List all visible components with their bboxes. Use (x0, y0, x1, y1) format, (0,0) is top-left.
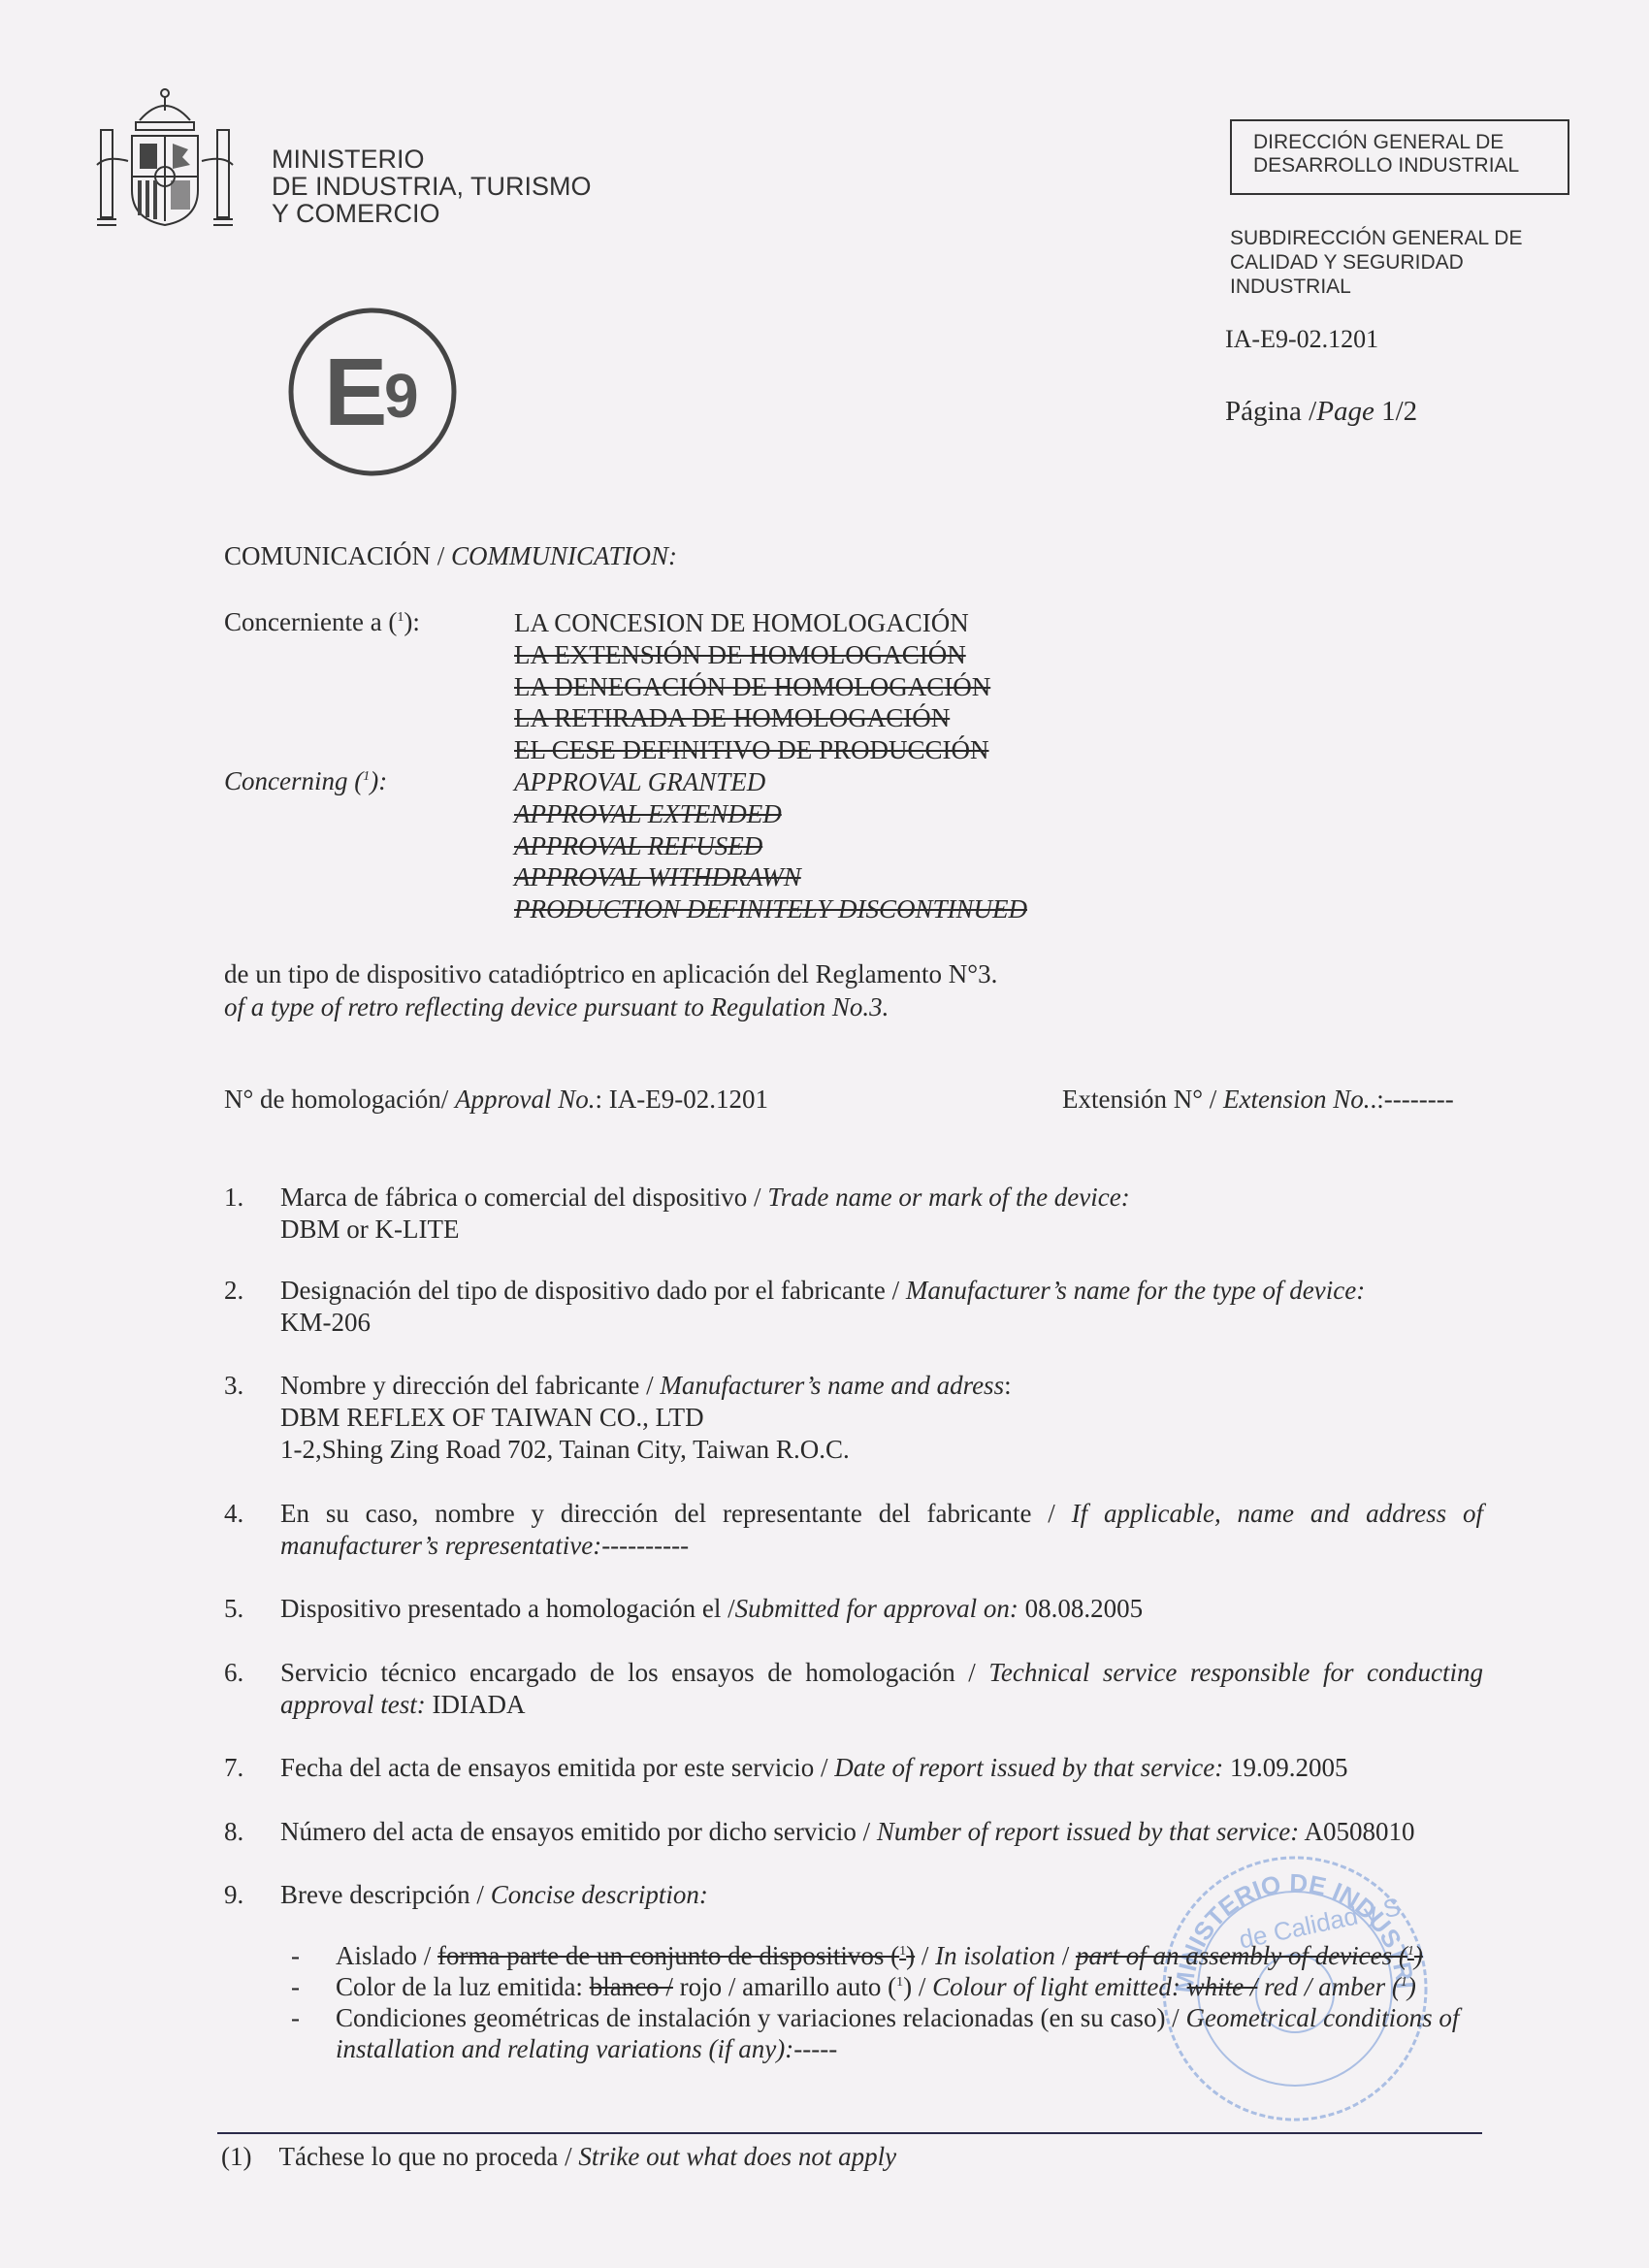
spain-coat-of-arms-icon (93, 83, 237, 235)
item-value: KM-206 (280, 1308, 371, 1337)
direction-general-box: DIRECCIÓN GENERAL DE DESARROLLO INDUSTRI… (1230, 119, 1569, 195)
communication-title: COMUNICACIÓN / COMMUNICATION: (224, 541, 677, 571)
concerning-option: PRODUCTION DEFINITELY DISCONTINUED (514, 893, 1027, 925)
footnote: (1)Táchese lo que no proceda / Strike ou… (221, 2142, 896, 2172)
isolation-line: -Aislado / forma parte de un conjunto de… (291, 1940, 1513, 1971)
extension-number: Extensión N° / Extension No..:-------- (1062, 1085, 1454, 1115)
colour-line: -Color de la luz emitida: blanco / rojo … (291, 1971, 1513, 2002)
concerning-option: LA EXTENSIÓN DE HOMOLOGACIÓN (514, 639, 1027, 671)
item-1: 1. Marca de fábrica o comercial del disp… (224, 1182, 1483, 1246)
item-7: 7. Fecha del acta de ensayos emitida por… (224, 1752, 1483, 1784)
item-8: 8. Número del acta de ensayos emitido po… (224, 1816, 1483, 1848)
concerning-option: APPROVAL EXTENDED (514, 798, 1027, 830)
geometry-line: -Condiciones geométricas de instalación … (291, 2002, 1513, 2064)
ministry-name: MINISTERIO DE INDUSTRIA, TURISMO Y COMER… (272, 146, 592, 227)
item-2: 2. Designación del tipo de dispositivo d… (224, 1275, 1483, 1339)
svg-text:E: E (324, 339, 387, 445)
concerning-option: LA DENEGACIÓN DE HOMOLOGACIÓN (514, 671, 1027, 703)
concerning-label-es: Concerniente a (1): (224, 607, 420, 637)
item-value: 1-2,Shing Zing Road 702, Tainan City, Ta… (280, 1435, 850, 1464)
subdirection: SUBDIRECCIÓN GENERAL DE CALIDAD Y SEGURI… (1230, 226, 1522, 299)
concerning-option: APPROVAL WITHDRAWN (514, 861, 1027, 893)
reference-number: IA-E9-02.1201 (1225, 325, 1378, 354)
device-intro: de un tipo de dispositivo catadióptrico … (224, 957, 997, 1023)
item-value: DBM or K-LITE (280, 1215, 459, 1244)
item-6: 6. Servicio técnico encargado de los ens… (224, 1657, 1483, 1721)
concerning-option: LA CONCESION DE HOMOLOGACIÓN (514, 607, 1027, 639)
concerning-options: LA CONCESION DE HOMOLOGACIÓNLA EXTENSIÓN… (514, 607, 1027, 925)
item-value: DBM REFLEX OF TAIWAN CO., LTD (280, 1403, 704, 1432)
e9-approval-mark-icon: E 9 (287, 307, 458, 477)
approval-number: N° de homologación/ Approval No.: IA-E9-… (224, 1085, 768, 1115)
concerning-option: APPROVAL REFUSED (514, 830, 1027, 862)
svg-text:9: 9 (384, 361, 419, 431)
page-indicator: Página /Page 1/2 (1225, 396, 1417, 428)
concerning-option: LA RETIRADA DE HOMOLOGACIÓN (514, 702, 1027, 734)
footnote-divider (217, 2132, 1482, 2134)
item-4: 4. En su caso, nombre y dirección del re… (224, 1498, 1483, 1562)
item-5: 5. Dispositivo presentado a homologación… (224, 1593, 1483, 1625)
item-3: 3. Nombre y dirección del fabricante / M… (224, 1370, 1483, 1466)
concerning-option: EL CESE DEFINITIVO DE PRODUCCIÓN (514, 734, 1027, 766)
concerning-option: APPROVAL GRANTED (514, 766, 1027, 798)
concerning-label-en: Concerning (1): (224, 766, 387, 796)
concise-description: -Aislado / forma parte de un conjunto de… (291, 1940, 1513, 2064)
